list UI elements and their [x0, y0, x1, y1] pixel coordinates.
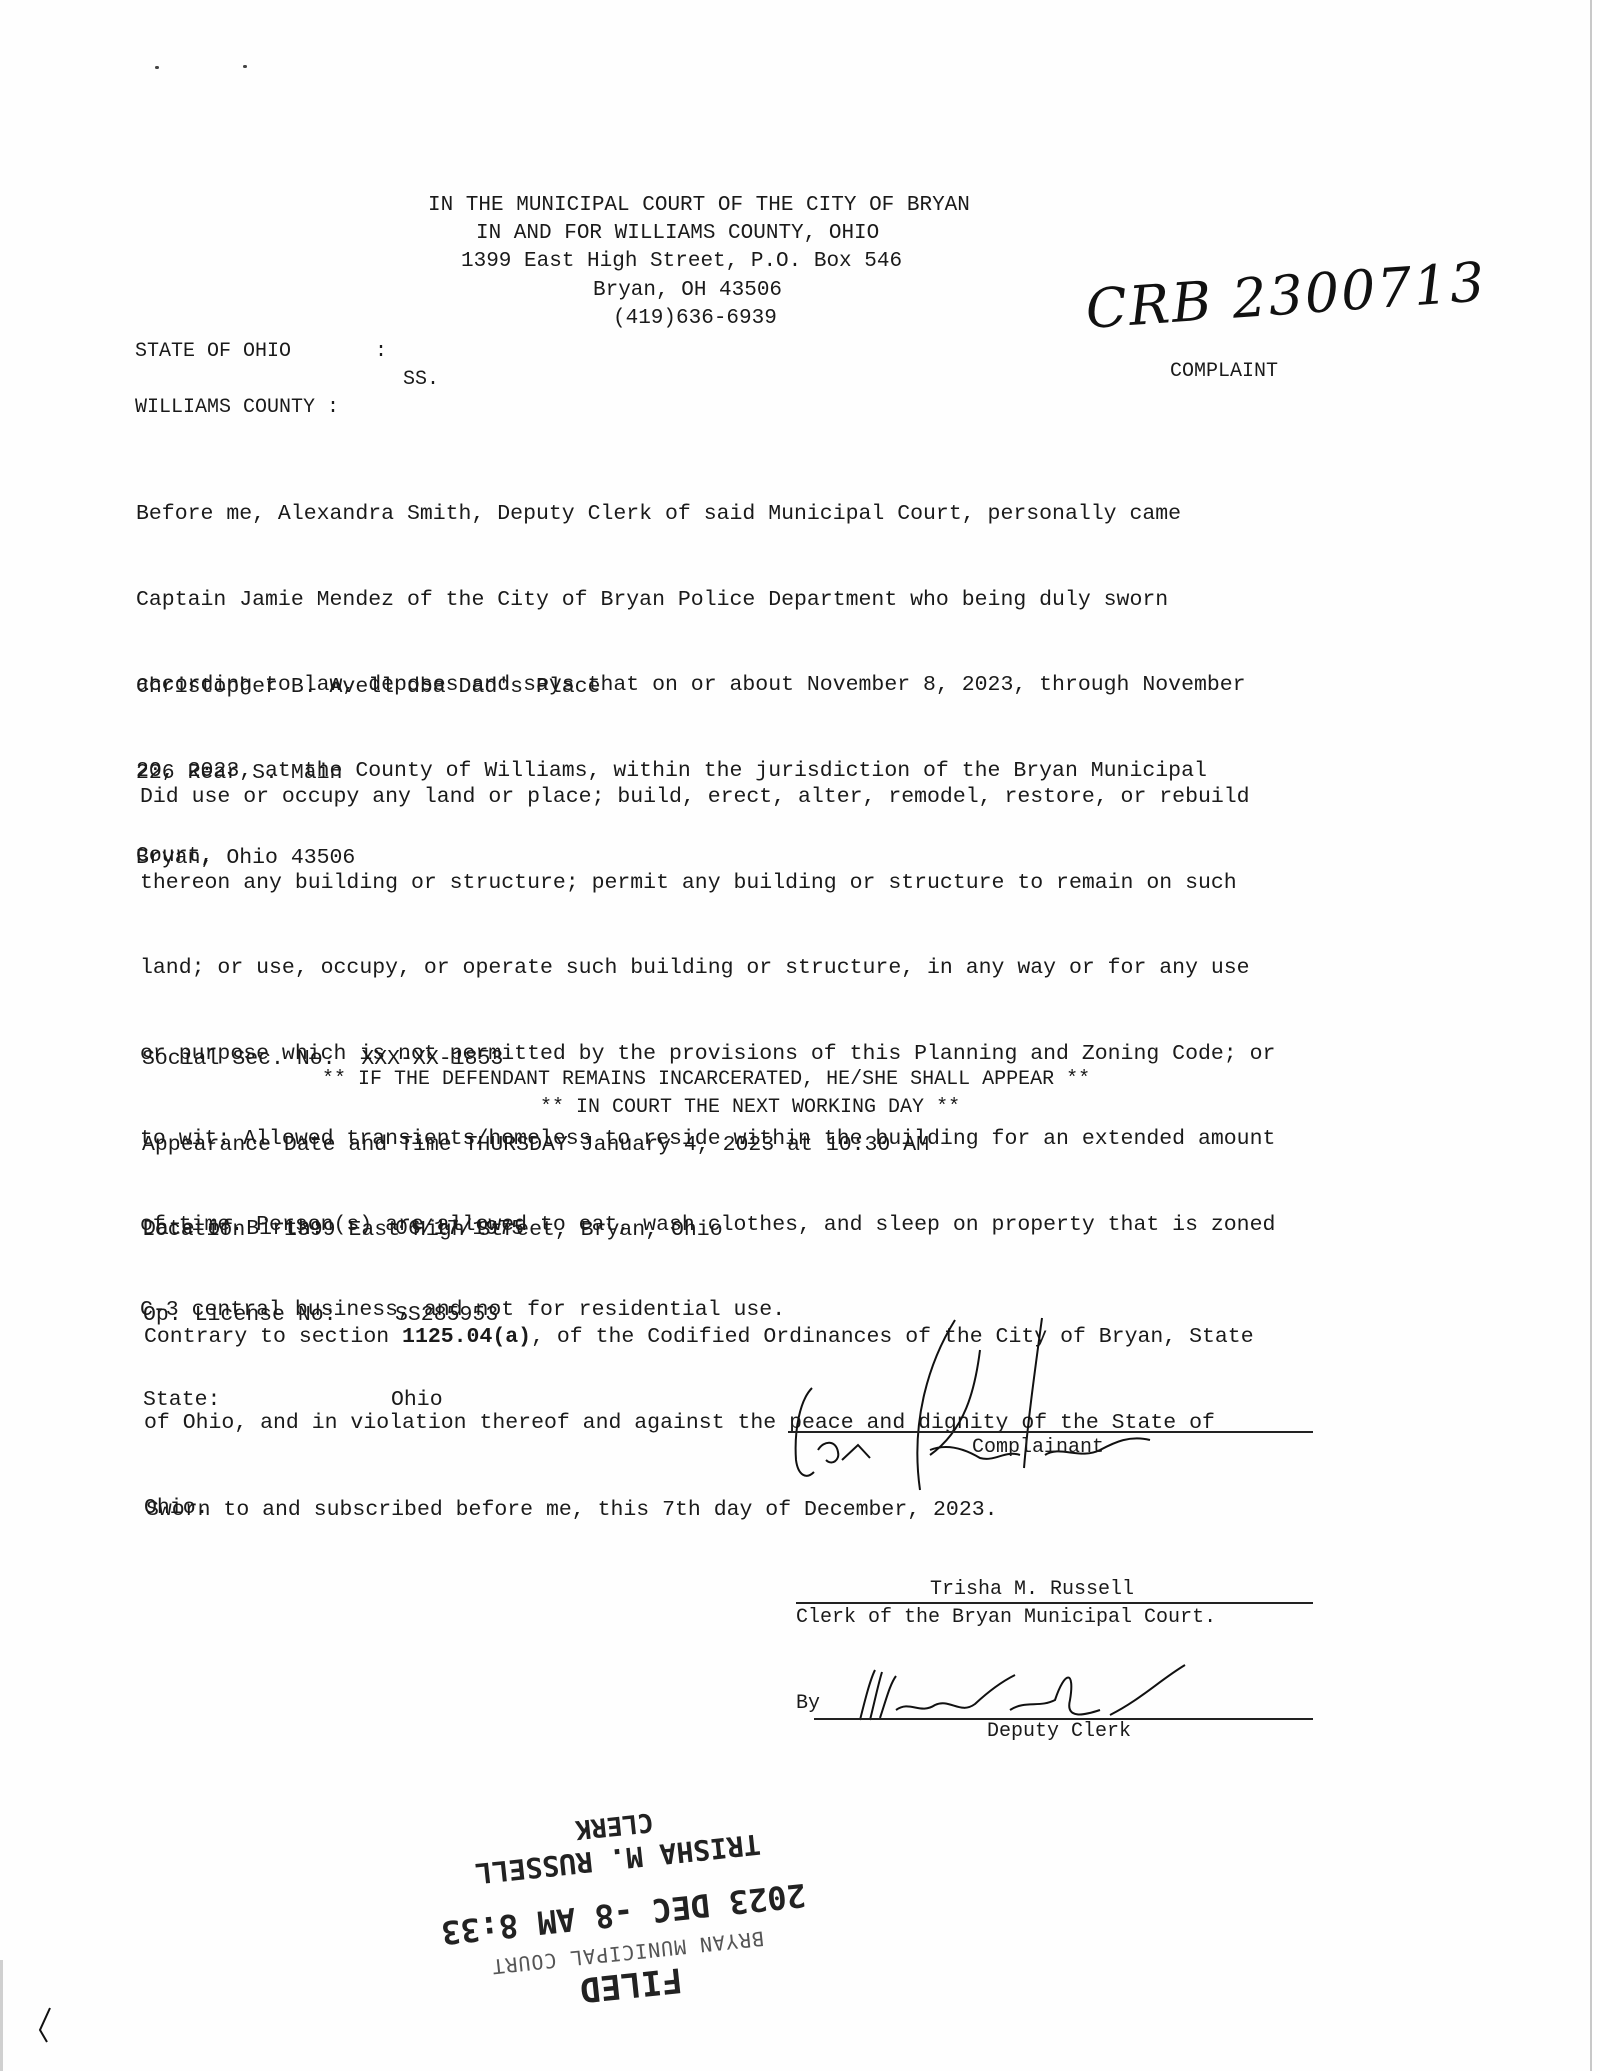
contrary-prefix: Contrary to section	[144, 1325, 402, 1349]
venue-ss: SS.	[403, 366, 439, 394]
defendant-name: Christopher B. Avell dba Dad's Place	[136, 673, 600, 702]
venue-colon: :	[375, 338, 387, 366]
charge-line: thereon any building or structure; permi…	[140, 869, 1275, 898]
complainant-signature-line	[788, 1431, 1313, 1433]
scan-edge-left	[0, 1960, 3, 2071]
incarceration-notice-line2: ** IN COURT THE NEXT WORKING DAY **	[540, 1096, 960, 1119]
court-address: 1399 East High Street, P.O. Box 546	[461, 248, 902, 276]
appearance-date-label: Appearance Date and Time	[142, 1133, 452, 1157]
court-header-line1: IN THE MUNICIPAL COURT OF THE CITY OF BR…	[428, 192, 970, 220]
charge-line: land; or use, occupy, or operate such bu…	[140, 954, 1275, 983]
scan-speck	[243, 65, 247, 68]
venue-county: WILLIAMS COUNTY :	[135, 394, 339, 422]
venue-state: STATE OF OHIO	[135, 338, 291, 366]
clerk-signature-line	[796, 1602, 1313, 1604]
ordinance-section: 1125.04(a)	[402, 1325, 531, 1349]
clerk-title: Clerk of the Bryan Municipal Court.	[796, 1606, 1216, 1629]
sworn-statement: Sworn to and subscribed before me, this …	[146, 1496, 998, 1525]
handwritten-case-number: CRB 2300713	[1084, 250, 1489, 341]
deputy-clerk-label: Deputy Clerk	[987, 1720, 1131, 1743]
incarceration-notice-line1: ** IF THE DEFENDANT REMAINS INCARCERATED…	[322, 1068, 1090, 1091]
filed-stamp: FILED BRYAN MUNICIPAL COURT 2023 DEC -8 …	[418, 1736, 822, 2024]
ssn-label: Social Sec. No.	[142, 1047, 336, 1071]
scan-edge-right	[1590, 0, 1592, 2071]
dob-value: 06/17/1975	[395, 1217, 524, 1241]
scan-speck	[155, 66, 159, 69]
complainant-label: Complainant	[972, 1436, 1104, 1459]
by-label: By	[796, 1692, 820, 1715]
dob-label: Date of Birth:	[143, 1215, 395, 1244]
court-city: Bryan, OH 43506	[593, 277, 782, 305]
intro-line: Before me, Alexandra Smith, Deputy Clerk…	[136, 500, 1246, 529]
clerk-name: Trisha M. Russell	[930, 1578, 1134, 1601]
scanned-page: IN THE MUNICIPAL COURT OF THE CITY OF BR…	[0, 0, 1600, 2071]
charge-line: Did use or occupy any land or place; bui…	[140, 783, 1275, 812]
appearance-date-value: THURSDAY January 4, 2023 at 10:30 AM	[465, 1133, 929, 1157]
court-header-line2: IN AND FOR WILLIAMS COUNTY, OHIO	[476, 220, 879, 248]
intro-line: Captain Jamie Mendez of the City of Brya…	[136, 586, 1246, 615]
complainant-signature	[780, 1300, 1240, 1500]
document-title: COMPLAINT	[1170, 358, 1278, 386]
court-phone: (419)636-6939	[613, 305, 777, 333]
corner-mark	[35, 2000, 65, 2050]
